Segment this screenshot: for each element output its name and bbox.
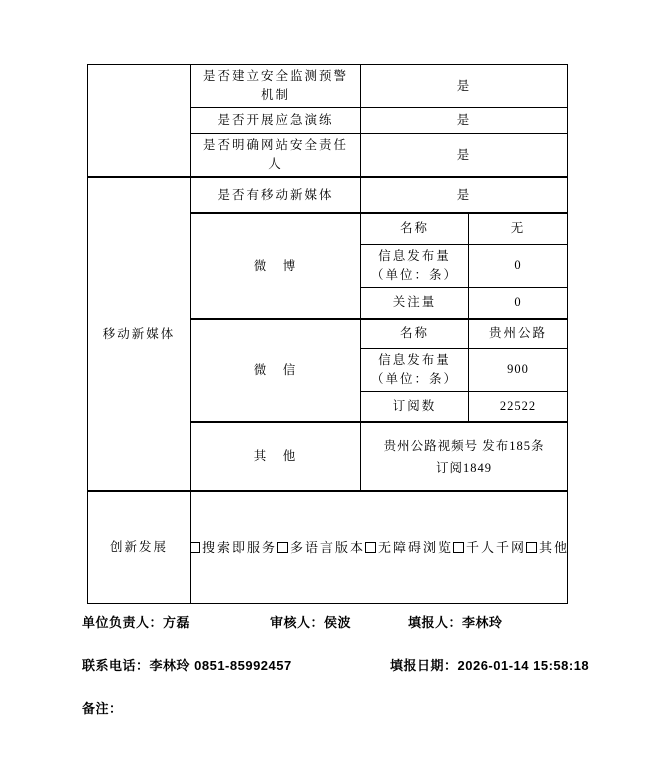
wechat-name-value: 贵州公路 [469,319,568,348]
security-question-1-label: 是否建立安全监测预警 机制 [191,65,361,108]
report-date-value: 2026-01-14 15:58:18 [458,658,590,673]
weibo-followers-label: 关注量 [361,287,469,319]
contact-phone-field: 联系电话：李林玲 0851-85992457 [82,655,292,674]
annual-report-table: 是否建立安全监测预警 机制 是 是否开展应急演练 是 是否明确网站安全责任人 是… [87,64,568,604]
weibo-posts-label: 信息发布量 （单位：条） [361,244,469,287]
checkbox-icon[interactable] [365,542,376,553]
contact-phone-label: 联系电话： [82,658,150,673]
wechat-subscribers-label: 订阅数 [361,391,469,422]
filler-label: 填报人： [408,615,462,630]
checkbox-option-accessibility[interactable]: 无障碍浏览 [365,538,453,557]
checkbox-option-other[interactable]: 其他 [526,538,567,557]
checkbox-label: 多语言版本 [290,538,365,557]
contact-phone-value: 李林玲 0851-85992457 [150,658,292,673]
other-media-label: 其 他 [191,422,361,491]
filler-field: 填报人：李林玲 [408,612,503,631]
wechat-posts-label: 信息发布量 （单位：条） [361,348,469,391]
wechat-posts-value: 900 [469,348,568,391]
wechat-cell: 微 信 [191,319,361,422]
report-date-field: 填报日期：2026-01-14 15:58:18 [390,655,589,674]
security-question-1-value: 是 [361,65,568,108]
checkbox-icon[interactable] [453,542,464,553]
unit-head-value: 方磊 [163,615,190,630]
checkbox-icon[interactable] [277,542,288,553]
checkbox-label: 无障碍浏览 [378,538,453,557]
section-cell-innovation: 创新发展 [88,491,191,603]
checkbox-option-multilang[interactable]: 多语言版本 [277,538,365,557]
security-question-3-value: 是 [361,134,568,178]
weibo-name-value: 无 [469,213,568,244]
security-question-2-value: 是 [361,108,568,134]
reviewer-value: 侯波 [324,615,351,630]
checkbox-option-personalized[interactable]: 千人千网 [453,538,526,557]
checkbox-icon[interactable] [526,542,537,553]
reviewer-field: 审核人：侯波 [270,612,351,631]
security-question-2-label: 是否开展应急演练 [191,108,361,134]
weibo-followers-value: 0 [469,287,568,319]
checkbox-label: 千人千网 [466,538,526,557]
section-cell-mobile-media: 移动新媒体 [88,177,191,491]
weibo-cell: 微 博 [191,213,361,319]
section-cell-empty [88,65,191,178]
report-date-label: 填报日期： [390,658,458,673]
reviewer-label: 审核人： [270,615,324,630]
has-new-media-value: 是 [361,177,568,213]
checkbox-icon[interactable] [191,542,200,553]
innovation-options: 搜索即服务 多语言版本 无障碍浏览 千人千网 其他 [197,538,561,557]
table-row-has-new-media: 移动新媒体 是否有移动新媒体 是 [88,177,568,213]
innovation-options-cell: 搜索即服务 多语言版本 无障碍浏览 千人千网 其他 [191,491,568,603]
wechat-name-label: 名称 [361,319,469,348]
table-row-security-1: 是否建立安全监测预警 机制 是 [88,65,568,108]
unit-head-label: 单位负责人： [82,615,163,630]
checkbox-option-search[interactable]: 搜索即服务 [191,538,277,557]
checkbox-label: 搜索即服务 [202,538,277,557]
other-media-value: 贵州公路视频号 发布185条 订阅1849 [361,422,568,491]
security-question-3-label: 是否明确网站安全责任人 [191,134,361,178]
weibo-name-label: 名称 [361,213,469,244]
report-page: 是否建立安全监测预警 机制 是 是否开展应急演练 是 是否明确网站安全责任人 是… [0,0,645,775]
checkbox-label: 其他 [539,538,567,557]
weibo-posts-value: 0 [469,244,568,287]
wechat-subscribers-value: 22522 [469,391,568,422]
table-row-innovation: 创新发展 搜索即服务 多语言版本 无障碍浏览 千人千网 其他 [88,491,568,603]
remarks-field: 备注： [82,698,123,717]
unit-head-field: 单位负责人：方磊 [82,612,190,631]
has-new-media-label: 是否有移动新媒体 [191,177,361,213]
filler-value: 李林玲 [462,615,503,630]
remarks-label: 备注： [82,701,123,716]
